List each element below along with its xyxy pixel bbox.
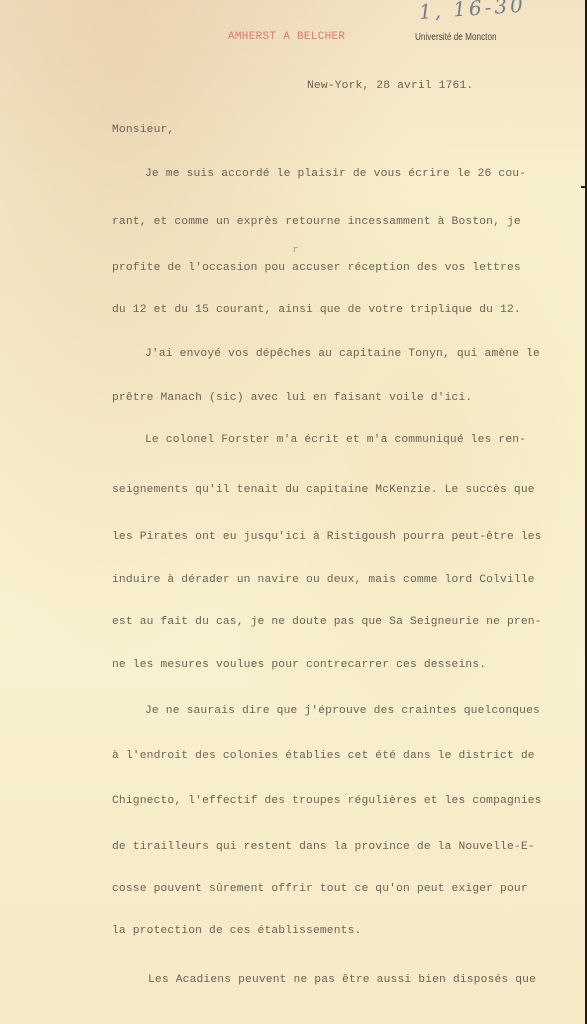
letter-line: J'ai envoyé vos dépêches au capitaine To… — [145, 348, 540, 360]
letter-line: Le colonel Forster m'a écrit et m'a comm… — [145, 434, 526, 446]
letter-line: de tirailleurs qui restent dans la provi… — [112, 841, 535, 853]
letter-line: seignements qu'il tenait du capitaine Mc… — [112, 484, 535, 496]
handwritten-reference: 1, 16-30 — [418, 0, 527, 24]
letter-line: à l'endroit des colonies établies cet ét… — [112, 750, 535, 762]
letter-line: prêtre Manach (sic) avec lui en faisant … — [112, 392, 472, 404]
letter-line: Je me suis accordé le plaisir de vous éc… — [145, 168, 526, 180]
archive-stamp: Université de Moncton — [415, 32, 497, 43]
margin-annotation: r — [293, 245, 297, 255]
date-line: New-York, 28 avril 1761. — [307, 80, 473, 92]
salutation: Monsieur, — [112, 124, 174, 136]
letter-line: est au fait du cas, je ne doute pas que … — [112, 616, 542, 628]
page-edge-mark — [581, 186, 585, 188]
letter-line: la protection de ces établissements. — [112, 925, 361, 937]
letter-line: ne les mesures voulues pour contrecarrer… — [112, 659, 486, 671]
letter-line: du 12 et du 15 courant, ainsi que de vot… — [112, 304, 521, 316]
letter-line: les Pirates ont eu jusqu'ici à Ristigous… — [112, 531, 542, 543]
letter-line: cosse pouvent sûrement offrir tout ce qu… — [112, 883, 528, 895]
letter-line: profite de l'occasion pou accuser récept… — [112, 262, 521, 274]
letter-line: Je ne saurais dire que j'éprouve des cra… — [145, 705, 540, 717]
letter-line: rant, et comme un exprès retourne incess… — [112, 216, 521, 228]
letter-line: Les Acadiens peuvent ne pas être aussi b… — [148, 974, 536, 986]
document-page: 1, 16-30 AMHERST A BELCHER Université de… — [0, 0, 587, 1024]
letter-line: induire à dérader un navire ou deux, mai… — [112, 574, 535, 586]
letter-line: Chignecto, l'effectif des troupes réguli… — [112, 795, 542, 807]
letter-title: AMHERST A BELCHER — [228, 31, 345, 43]
